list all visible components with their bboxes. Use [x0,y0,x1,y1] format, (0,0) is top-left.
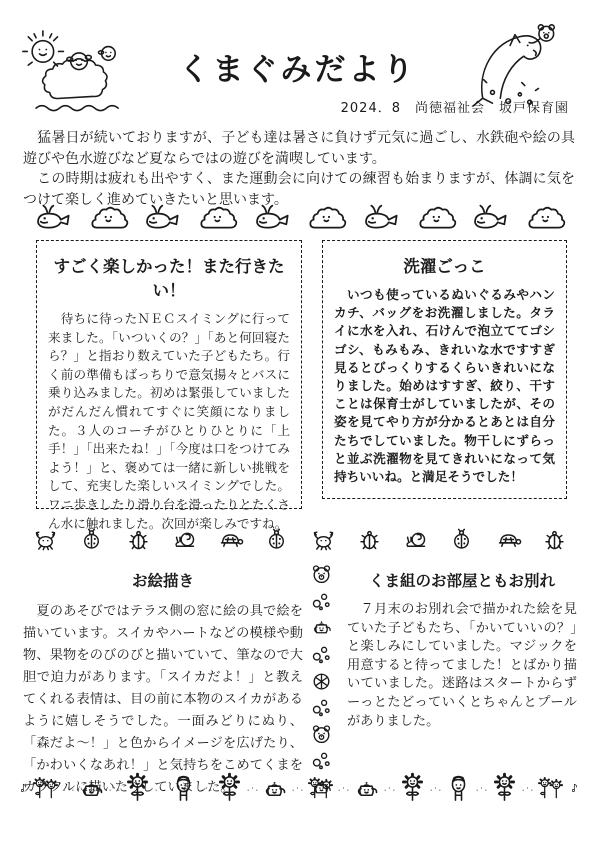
dots-icon [246,776,259,800]
flower-icon [215,770,244,806]
teapot-icon [260,770,289,806]
article-laundry-body: いつも使っているぬいぐるみやハンカチ、バッグをお洗濯しました。タライに水を入れ、… [334,286,555,486]
dots-icon [337,776,350,800]
date-line: 2024．8 尚徳福祉会 坂戸保育園 [341,97,569,116]
flower-icon [490,770,519,806]
newsletter-page: { "header": { "title": "くまぐみだより", "date_… [0,0,595,842]
whale-icon [32,201,76,233]
beetle-icon [356,526,383,553]
dots-icon [383,776,396,800]
teapot-icon [309,614,334,639]
top-decoration-row [32,201,568,233]
flower-icon [123,770,152,806]
dots-icon [154,776,167,800]
intro-paragraph-1: 猛暑日が続いておりますが、子ども達は暑さに負けず元気に過ごし、水鉄砲や絵の具遊び… [23,128,575,169]
turtle-icon [217,526,244,553]
article-drawing-title: お絵描き [23,569,303,591]
middle-decoration-row [32,523,568,553]
article-laundry-title: 洗濯ごっこ [334,253,555,277]
article-swimming-title: すごく楽しかった！また行きたい！ [48,253,290,301]
dots-icon [521,776,534,800]
teapot-icon [77,770,106,806]
intro-paragraphs: 猛暑日が続いておりますが、子ども達は暑さに負けず元気に過ごし、水鉄砲や絵の具遊び… [23,128,575,210]
boy-icon [169,770,198,806]
bear-ball-icon [309,561,334,586]
crab-icon [32,526,59,553]
bottom-decoration-row [16,769,580,807]
flower-duo-icon [306,770,335,806]
dots-icon [62,776,75,800]
beachball-icon [309,668,334,693]
snail-icon [171,526,198,553]
vertical-decoration-column [303,561,339,799]
ladybug-icon [263,526,290,553]
sheep-icon [524,201,568,233]
dots-icon [429,776,442,800]
boy-icon [444,770,473,806]
flower-icon [398,770,427,806]
sheep-icon [196,201,240,233]
article-farewell-body: ７月末のお別れ会で描かれた絵を見ていた子どもたち、「かいていいの？」と楽しみにし… [347,601,577,731]
snail-icon [402,526,429,553]
article-farewell: くま組のお部屋ともお別れ ７月末のお別れ会で描かれた絵を見ていた子どもたち、「か… [347,569,577,731]
ladybug-icon [448,526,475,553]
turtle-icon [495,526,522,553]
teapot-icon [352,770,381,806]
dots-icon [108,776,121,800]
sheep-icon [415,201,459,233]
flower-duo-icon [31,770,60,806]
sheep-icon [305,201,349,233]
article-farewell-title: くま組のお部屋ともお別れ [347,569,577,591]
dots-icon [291,776,304,800]
dots-icon [200,776,213,800]
whale-icon [141,201,185,233]
whale-icon [469,201,513,233]
bubbles-icon [309,588,334,613]
ladybug-icon [78,526,105,553]
whale-icon [360,201,404,233]
note-icon [567,776,580,800]
dots-icon [475,776,488,800]
article-laundry: 洗濯ごっこ いつも使っているぬいぐるみやハンカチ、バッグをお洗濯しました。タライ… [322,240,567,499]
article-drawing: お絵描き 夏のあそびではテラス側の窓に絵の具で絵を描いています。スイカやハートな… [23,569,303,799]
sheep-icon [87,201,131,233]
bubbles-icon [309,694,334,719]
whale-icon [251,201,295,233]
note-icon [16,776,29,800]
beetle-icon [541,526,568,553]
bubbles-icon [309,641,334,666]
flower-duo-icon [536,770,565,806]
article-swimming-body: 待ちに待ったＮＥＣスイミングに行って来ました。「いついくの？」「あと何回寝たら？… [48,310,290,533]
beetle-icon [125,526,152,553]
crab-icon [310,526,337,553]
bear-ball-icon [309,721,334,746]
article-swimming: すごく楽しかった！また行きたい！ 待ちに待ったＮＥＣスイミングに行って来ました。… [36,240,302,509]
